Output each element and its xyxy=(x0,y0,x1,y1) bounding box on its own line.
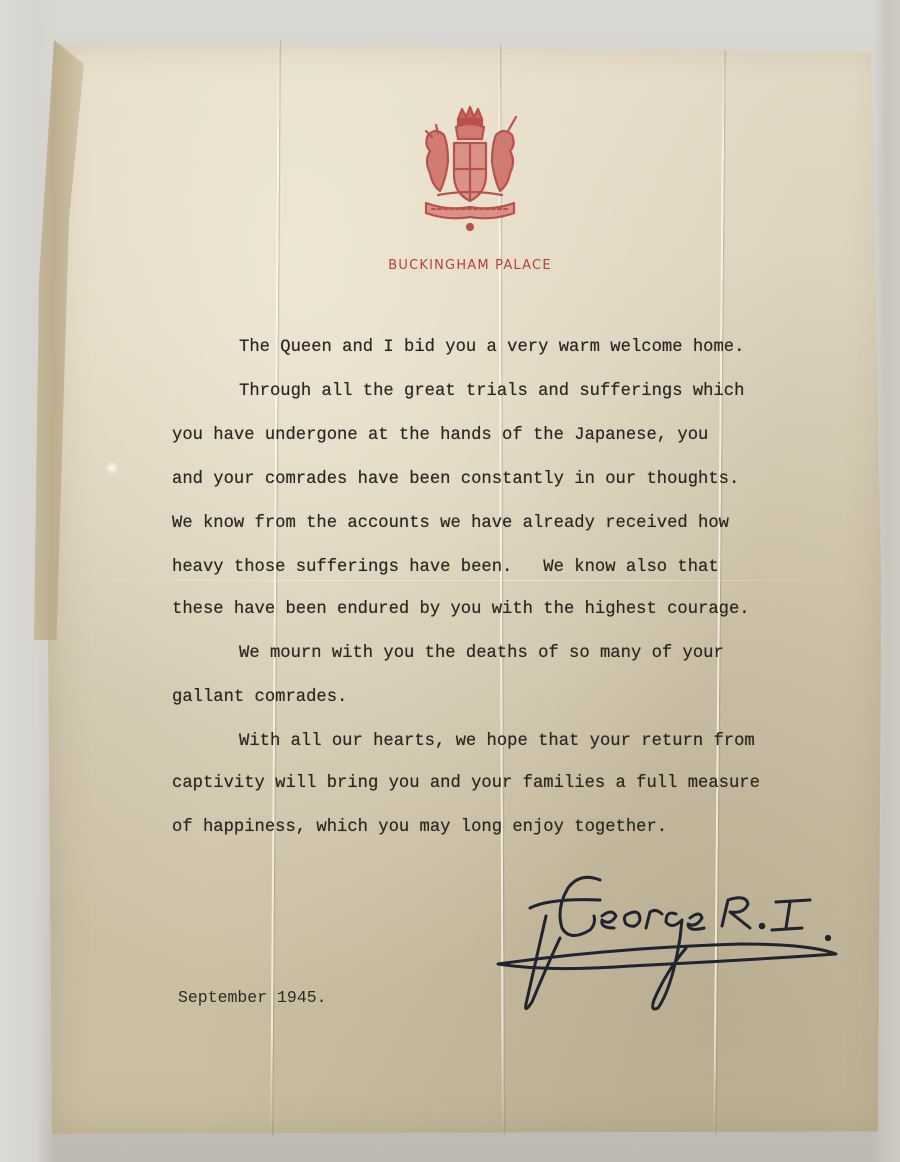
letter-line: heavy those sufferings have been. We kno… xyxy=(172,556,719,580)
signature-george-ri: George R.I. xyxy=(490,868,850,1018)
letter-date: September 1945. xyxy=(178,988,327,1007)
letterhead-buckingham-palace: BUCKINGHAM PALACE xyxy=(340,258,600,273)
letter-line: gallant comrades. xyxy=(172,686,347,710)
letter-line: We know from the accounts we have alread… xyxy=(172,512,729,536)
paper-crease xyxy=(60,580,880,581)
letter-line: The Queen and I bid you a very warm welc… xyxy=(172,336,744,360)
letter-line: captivity will bring you and your famili… xyxy=(172,772,760,796)
letter-line: We mourn with you the deaths of so many … xyxy=(172,642,724,666)
letter-line: Through all the great trials and sufferi… xyxy=(172,380,744,404)
letter-line: these have been endured by you with the … xyxy=(172,598,750,622)
letter-line: With all our hearts, we hope that your r… xyxy=(172,730,755,754)
letter-line: you have undergone at the hands of the J… xyxy=(172,424,708,448)
letter-line: of happiness, which you may long enjoy t… xyxy=(172,816,667,840)
royal-coat-of-arms-icon xyxy=(418,105,522,235)
glass-glare xyxy=(104,462,120,474)
letter-line: and your comrades have been constantly i… xyxy=(172,468,739,492)
